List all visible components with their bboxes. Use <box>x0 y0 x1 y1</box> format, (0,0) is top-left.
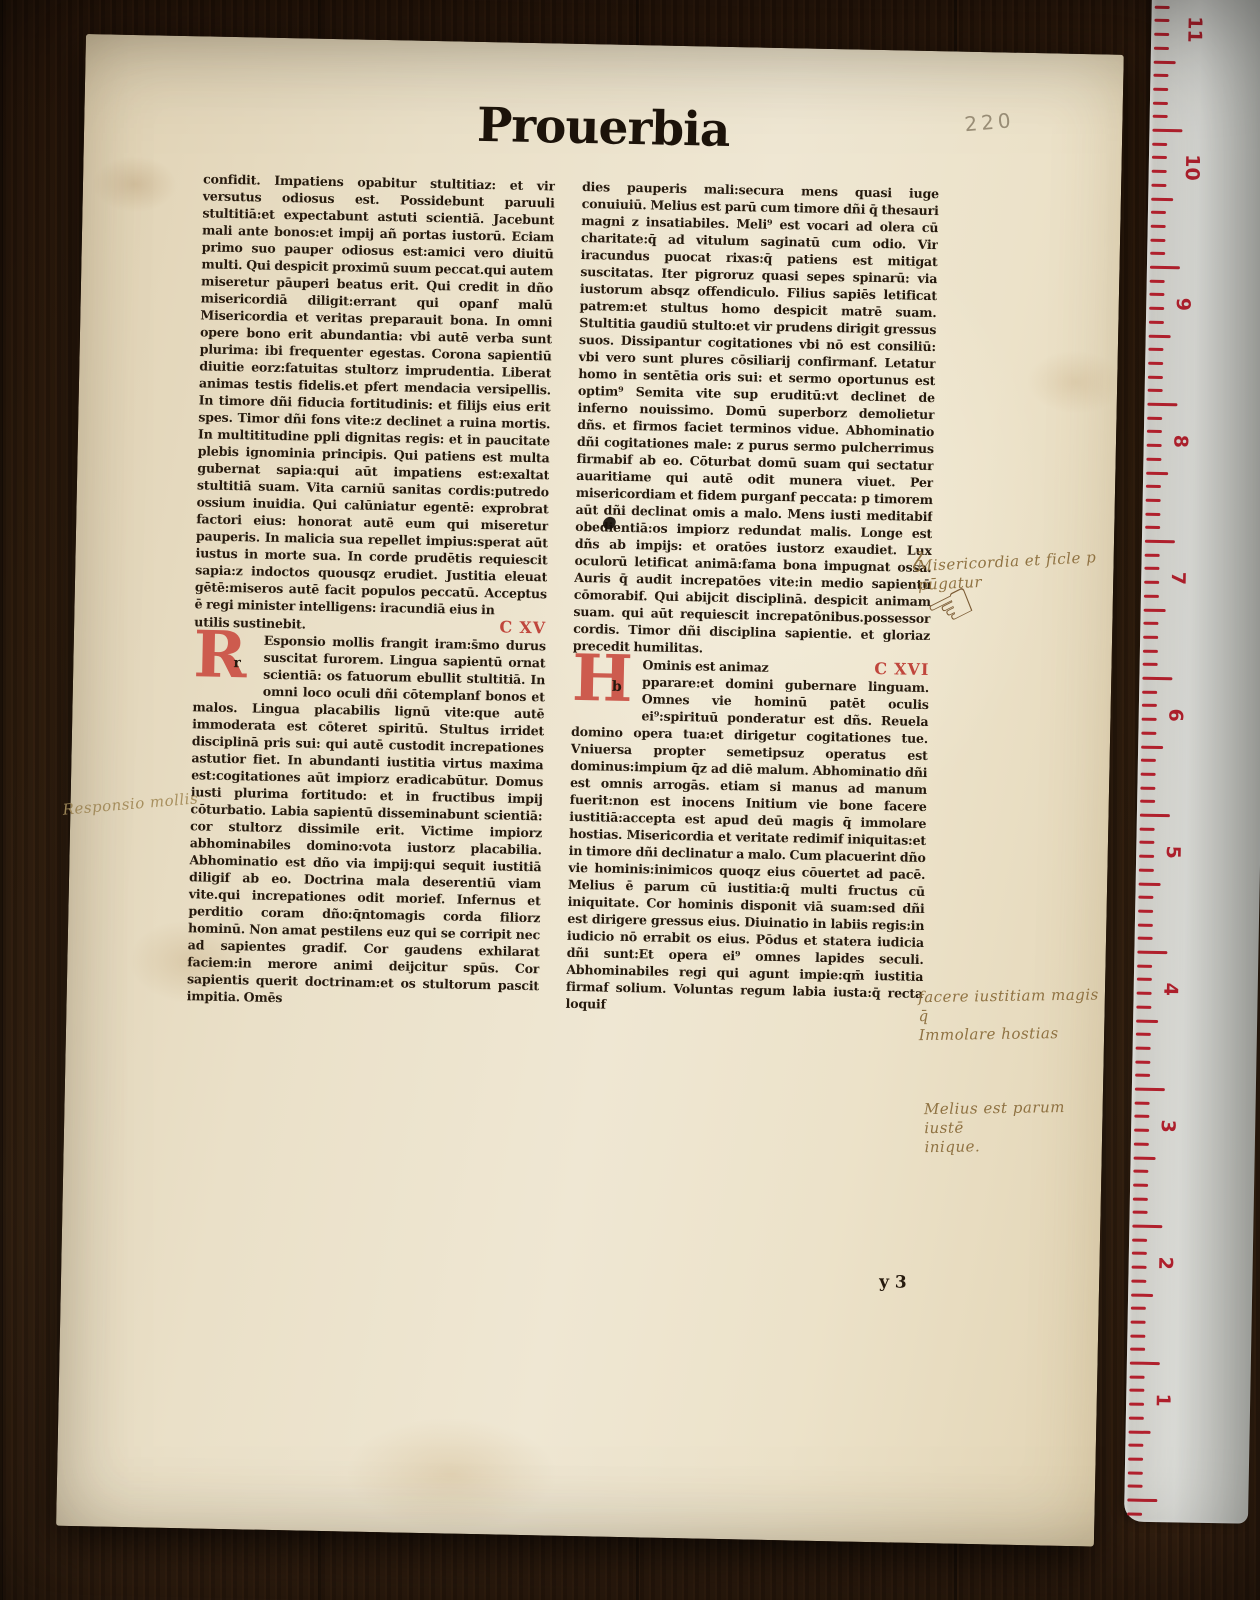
ruler-tick <box>1151 225 1166 228</box>
ruler-tick <box>1154 19 1169 22</box>
marginal-note-facere: facere iustitiam magis q̄ Immolare hosti… <box>918 985 1105 1045</box>
ruler-tick <box>1135 1074 1150 1077</box>
ruler-tick <box>1141 745 1163 748</box>
ruler-tick <box>1130 1362 1160 1366</box>
ruler-tick <box>1136 1046 1151 1049</box>
ruler-tick <box>1149 334 1171 337</box>
ruler-tick <box>1151 184 1166 187</box>
ruler-tick <box>1138 937 1153 940</box>
marginal-note-responsio: Responsio mollis <box>62 789 199 819</box>
ruler-tick <box>1148 375 1163 378</box>
ruler-tick <box>1145 526 1160 529</box>
marginal-note-facere-line2: Immolare hostias <box>919 1024 1059 1044</box>
ruler-tick <box>1143 636 1158 639</box>
text-column-right: dies pauperis mali:secura mens quasi iug… <box>559 178 939 1335</box>
ruler-number: 6 <box>1164 708 1186 722</box>
ruler-tick <box>1140 827 1155 830</box>
ruler-tick <box>1146 499 1161 502</box>
ruler-tick <box>1133 1183 1148 1186</box>
ruler-tick <box>1144 581 1159 584</box>
ruler: 1110987654321 <box>1124 0 1260 1524</box>
ruler-tick <box>1132 1238 1147 1241</box>
ruler-tick <box>1140 800 1155 803</box>
ruler-tick <box>1133 1197 1148 1200</box>
marginal-note-melius-line2: inique. <box>924 1137 980 1156</box>
ruler-tick <box>1151 211 1166 214</box>
ruler-number: 1 <box>1152 1393 1174 1407</box>
ruler-tick <box>1141 773 1156 776</box>
ruler-tick <box>1130 1348 1145 1351</box>
photo-of-incunable-leaf: { "colors": { "printed_red": "#c5524a", … <box>0 0 1260 1600</box>
ruler-tick <box>1135 1088 1165 1092</box>
ruler-number: 7 <box>1167 571 1189 585</box>
guide-letter-r: r <box>233 655 241 672</box>
ruler-tick <box>1128 1457 1143 1460</box>
ruler-tick <box>1127 1499 1157 1503</box>
ruler-tick <box>1136 1019 1158 1022</box>
ruler-tick <box>1130 1375 1145 1378</box>
left-paragraph-1: confidit. Impatiens opabitur stultitiaz:… <box>194 170 555 619</box>
ruler-tick <box>1142 704 1157 707</box>
marginal-note-misericordia-line1: Misericordia et ficle p <box>917 548 1097 575</box>
ruler-tick <box>1135 1060 1150 1063</box>
ruler-tick <box>1153 88 1168 91</box>
ruler-tick <box>1143 622 1158 625</box>
ruler-tick <box>1134 1129 1149 1132</box>
ruler-tick <box>1153 74 1168 77</box>
ruler-tick <box>1127 1512 1142 1515</box>
text-column-left: confidit. Impatiens opabitur stultitiaz:… <box>180 170 555 1327</box>
ruler-tick <box>1145 553 1160 556</box>
ruler-tick <box>1140 786 1155 789</box>
ruler-tick <box>1140 814 1170 818</box>
ruler-tick <box>1133 1211 1148 1214</box>
marginal-note-melius-line1: Melius est parum iustē <box>924 1098 1065 1137</box>
ruler-tick <box>1151 197 1173 200</box>
ruler-tick <box>1150 252 1165 255</box>
ruler-tick <box>1132 1266 1147 1269</box>
ruler-tick <box>1147 444 1162 447</box>
ruler-tick <box>1128 1471 1143 1474</box>
ruler-tick <box>1128 1444 1143 1447</box>
ruler-tick <box>1147 430 1162 433</box>
ruler-tick <box>1138 910 1153 913</box>
right-paragraph-1: dies pauperis mali:secura mens quasi iug… <box>573 178 939 661</box>
ruler-tick <box>1154 33 1169 36</box>
ruler-number: 10 <box>1181 154 1203 181</box>
guide-letter-b: b <box>612 679 622 696</box>
drop-cap-h: H <box>572 650 633 709</box>
ruler-tick <box>1139 855 1154 858</box>
ruler-tick <box>1144 608 1166 611</box>
ruler-tick <box>1153 101 1168 104</box>
ruler-tick <box>1136 1005 1151 1008</box>
ruler-tick <box>1146 471 1168 474</box>
ruler-tick <box>1146 458 1161 461</box>
left-paragraph-2: R r Esponsio mollis frangit iram:s̄mo du… <box>187 630 546 1011</box>
ruler-tick <box>1133 1170 1148 1173</box>
ruler-tick <box>1150 238 1165 241</box>
ruler-tick <box>1137 992 1152 995</box>
ruler-tick <box>1130 1334 1145 1337</box>
ruler-tick <box>1129 1430 1151 1433</box>
ruler-number: 11 <box>1183 16 1205 43</box>
ruler-tick <box>1149 321 1164 324</box>
ruler-tick <box>1135 1101 1150 1104</box>
ruler-tick <box>1154 60 1176 63</box>
ruler-number: 5 <box>1162 845 1184 859</box>
right-paragraph-2-text: pparare:et domini gubernare linguam. Omn… <box>565 674 929 1011</box>
ruler-tick <box>1148 348 1163 351</box>
ruler-tick <box>1138 923 1153 926</box>
ruler-tick <box>1131 1307 1146 1310</box>
ruler-tick <box>1148 362 1163 365</box>
marginal-note-facere-line1: facere iustitiam magis q̄ <box>918 985 1099 1025</box>
ruler-number: 3 <box>1157 1119 1179 1133</box>
drop-cap-wrap-h: H b <box>572 656 639 709</box>
ruler-tick <box>1142 718 1157 721</box>
ruler-tick <box>1142 677 1172 681</box>
ruler-tick <box>1145 540 1175 544</box>
ruler-tick <box>1138 896 1153 899</box>
ruler-tick <box>1152 156 1167 159</box>
ruler-tick <box>1131 1293 1153 1296</box>
ruler-number: 4 <box>1159 982 1181 996</box>
marginal-note-melius: Melius est parum iustē inique. <box>924 1098 1103 1158</box>
ruler-tick <box>1155 5 1170 8</box>
ruler-tick <box>1152 129 1182 133</box>
ruler-tick <box>1153 115 1168 118</box>
ruler-tick <box>1128 1485 1143 1488</box>
ruler-tick <box>1142 690 1157 693</box>
ruler-tick <box>1147 403 1177 407</box>
ruler-tick <box>1144 567 1159 570</box>
ruler-tick <box>1146 485 1161 488</box>
ruler-tick <box>1134 1142 1149 1145</box>
ruler-tick <box>1139 841 1154 844</box>
ruler-tick <box>1143 649 1158 652</box>
ruler-tick <box>1131 1279 1146 1282</box>
ruler-tick <box>1132 1252 1147 1255</box>
ruler-tick <box>1148 389 1163 392</box>
ruler-tick <box>1129 1416 1144 1419</box>
ruler-tick <box>1149 307 1164 310</box>
drop-cap-wrap-r: R r <box>193 632 260 685</box>
ruler-tick <box>1152 142 1167 145</box>
ruler-tick <box>1154 47 1169 50</box>
chapter-16-first-words: Ominis est animaz <box>642 656 768 676</box>
ruler-tick <box>1152 170 1167 173</box>
ruler-tick <box>1137 964 1152 967</box>
ruler-tick <box>1144 594 1159 597</box>
ruler-tick <box>1137 951 1167 955</box>
ruler-tick <box>1134 1115 1149 1118</box>
signature-mark: y 3 <box>879 1272 907 1293</box>
ruler-tick <box>1137 978 1152 981</box>
incunable-page: Prouerbia 220 confidit. Impatiens opabit… <box>56 34 1124 1547</box>
ruler-tick <box>1141 731 1156 734</box>
ruler-tick <box>1129 1403 1144 1406</box>
ruler-tick <box>1150 266 1180 270</box>
ruler-tick <box>1145 512 1160 515</box>
ruler-tick <box>1139 868 1154 871</box>
ruler-tick <box>1136 1033 1151 1036</box>
chapter-16-marker: C XVI <box>874 660 929 678</box>
ruler-tick <box>1134 1156 1156 1159</box>
ruler-tick <box>1132 1225 1162 1229</box>
ruler-number: 8 <box>1169 435 1191 449</box>
ruler-number: 9 <box>1172 298 1194 312</box>
ruler-tick <box>1147 416 1162 419</box>
chapter-15-marker: C XV <box>499 618 546 636</box>
ruler-number: 2 <box>1154 1256 1176 1270</box>
ruler-tick <box>1141 759 1156 762</box>
ruler-tick <box>1129 1389 1144 1392</box>
ruler-tick <box>1149 293 1164 296</box>
ruler-tick <box>1139 882 1161 885</box>
ruler-tick <box>1150 279 1165 282</box>
ruler-tick <box>1131 1320 1146 1323</box>
right-paragraph-2: H b Ominis est animaz C XVI pparare:et d… <box>565 654 929 1019</box>
pencil-folio-number: 220 <box>963 108 1015 136</box>
ruler-tick <box>1143 663 1158 666</box>
